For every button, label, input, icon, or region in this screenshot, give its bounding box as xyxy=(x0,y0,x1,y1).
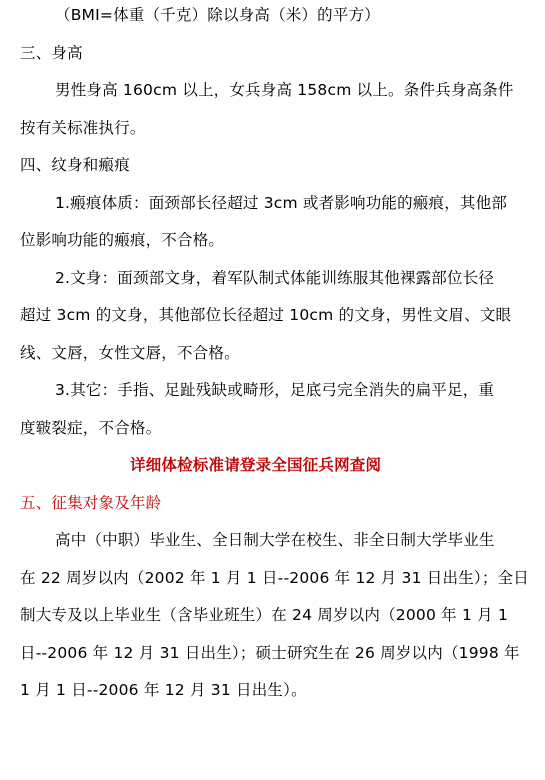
item-tattoo-line-2: 超过 3cm 的文身，其他部位长径超过 10cm 的文身，男性文眉、文眼 xyxy=(20,305,511,325)
section-heading-height: 三、身高 xyxy=(20,43,83,63)
item-scar-line-1: 1.瘢痕体质：面颈部长径超过 3cm 或者影响功能的瘢痕，其他部 xyxy=(55,193,507,213)
item-other-line-2: 度皲裂症，不合格。 xyxy=(20,418,161,438)
paragraph-age-line-5: 1 月 1 日--2006 年 12 月 31 日出生）。 xyxy=(20,680,307,700)
section-heading-recruit-age: 五、征集对象及年龄 xyxy=(20,493,161,513)
item-tattoo-line-3: 线、文唇，女性文唇，不合格。 xyxy=(20,343,240,363)
section-heading-tattoo-scar: 四、纹身和瘢痕 xyxy=(20,155,130,175)
paragraph-height-line-2: 按有关标准执行。 xyxy=(20,118,146,138)
paragraph-age-line-1: 高中（中职）毕业生、全日制大学在校生、非全日制大学毕业生 xyxy=(55,530,495,550)
paragraph-age-line-2: 在 22 周岁以内（2002 年 1 月 1 日--2006 年 12 月 31… xyxy=(20,568,529,588)
notice-physical-exam-standard: 详细体检标准请登录全国征兵网查阅 xyxy=(130,455,381,475)
paragraph-age-line-3: 制大专及以上毕业生（含毕业班生）在 24 周岁以内（2000 年 1 月 1 xyxy=(20,605,508,625)
paragraph-age-line-4: 日--2006 年 12 月 31 日出生）；硕士研究生在 26 周岁以内（19… xyxy=(20,643,520,663)
paragraph-height-line-1: 男性身高 160cm 以上，女兵身高 158cm 以上。条件兵身高条件 xyxy=(55,80,514,100)
bmi-formula-note: （BMI=体重（千克）除以身高（米）的平方） xyxy=(55,5,380,25)
item-scar-line-2: 位影响功能的瘢痕，不合格。 xyxy=(20,230,224,250)
item-tattoo-line-1: 2.文身：面颈部文身，着军队制式体能训练服其他裸露部位长径 xyxy=(55,268,494,288)
item-other-line-1: 3.其它：手指、足趾残缺或畸形，足底弓完全消失的扁平足，重 xyxy=(55,380,494,400)
